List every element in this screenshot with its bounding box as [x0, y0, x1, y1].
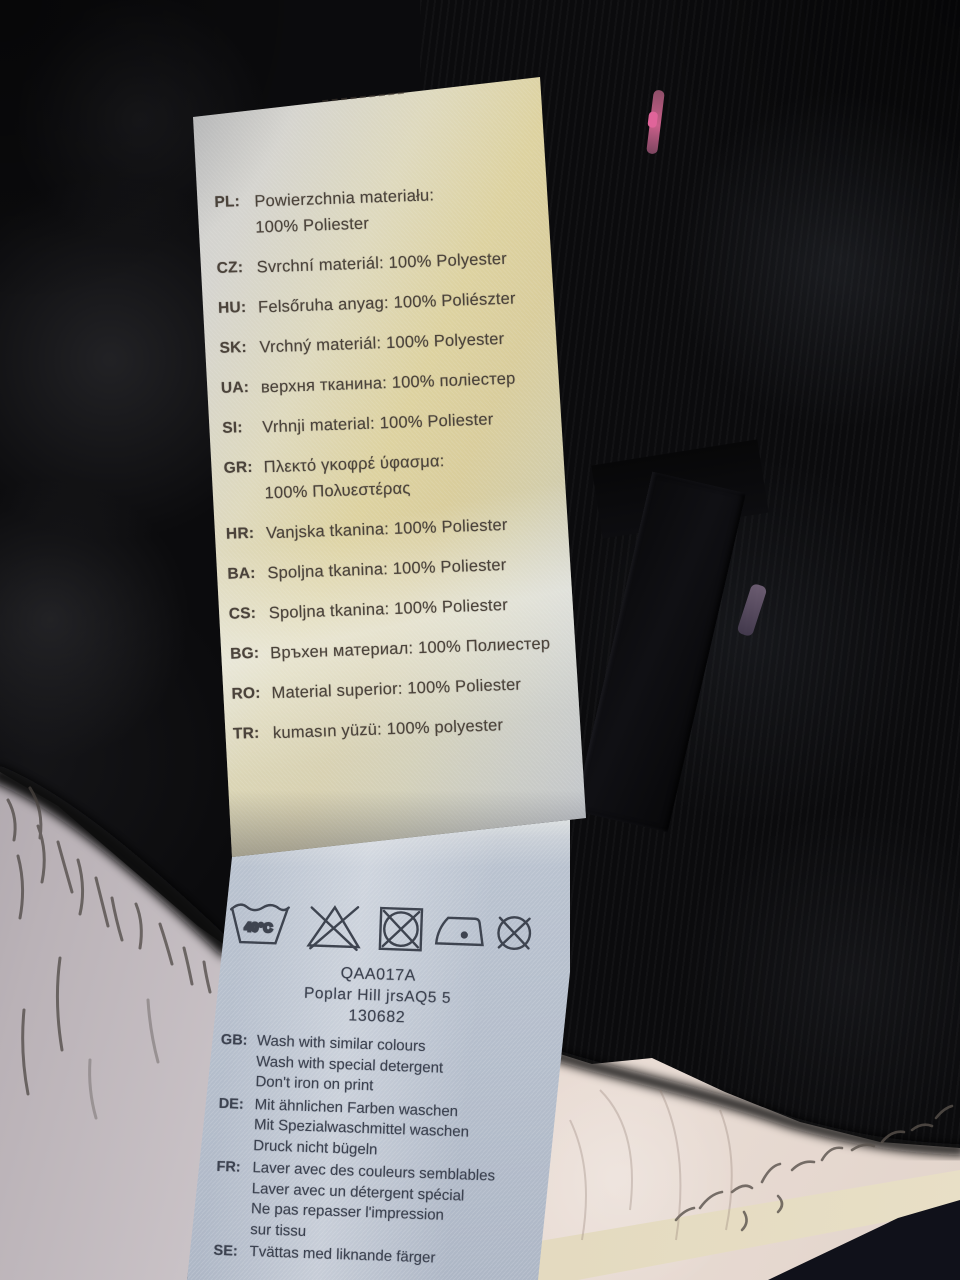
material-line: CZ: Svrchní materiál: 100% Polyester	[216, 244, 567, 282]
language-code: FR:	[214, 1157, 253, 1240]
language-code: BA:	[227, 560, 268, 587]
material-text: Връхен материал: 100% Полиестер	[270, 630, 581, 667]
language-code: GR:	[223, 454, 264, 481]
material-line: HU: Felsőruha anyag: 100% Poliészter	[218, 284, 569, 322]
language-code: GB:	[219, 1030, 257, 1093]
material-text: Material superior: 100% Poliester	[271, 669, 582, 706]
material-line: SI: Vrhnji material: 100% Poliester	[222, 404, 573, 442]
wash-temp-text: 40°C	[244, 920, 272, 935]
language-code: TR:	[233, 720, 274, 747]
material-line: BA: Spoljna tkanina: 100% Poliester	[227, 550, 578, 588]
material-text: Svrchní materiál: 100% Polyester	[256, 244, 567, 281]
do-not-tumble-dry-icon	[375, 900, 427, 958]
do-not-bleach-icon	[299, 898, 369, 956]
product-codes: QAA017A Poplar Hill jrsAQ5 5 130682	[222, 959, 534, 1033]
language-code: DE:	[217, 1093, 255, 1156]
language-code: UA:	[220, 374, 261, 401]
material-text: верхня тканина: 100% поліестер	[260, 364, 571, 401]
language-code: RO:	[231, 680, 272, 707]
care-instruction-de: DE: Mit ähnlichen Farben waschen Mit Spe…	[217, 1093, 529, 1165]
care-instruction-fr: FR: Laver avec des couleurs semblables L…	[214, 1157, 527, 1250]
material-line: HR: Vanjska tkanina: 100% Poliester	[226, 510, 577, 548]
purple-stitch-thread	[736, 583, 767, 637]
material-text: Vrchný materiál: 100% Polyester	[259, 324, 570, 361]
material-text: Spoljna tkanina: 100% Poliester	[267, 550, 578, 587]
language-code: PL:	[214, 189, 255, 216]
material-line: RO: Material superior: 100% Poliester	[231, 669, 582, 707]
material-line: UA: верхня тканина: 100% поліестер	[220, 364, 571, 402]
language-code: SK:	[219, 335, 260, 362]
material-line: SK: Vrchný materiál: 100% Polyester	[219, 324, 570, 362]
material-text: Spoljna tkanina: 100% Poliester	[268, 590, 579, 627]
language-code: SE:	[213, 1241, 250, 1263]
material-line: TR: kumasın yüzü: 100% polyester	[233, 709, 584, 747]
do-not-dry-clean-icon	[493, 904, 536, 961]
language-code: HU:	[218, 295, 259, 322]
material-line: CS: Spoljna tkanina: 100% Poliester	[228, 590, 579, 628]
iron-one-dot-icon	[433, 902, 487, 960]
care-instruction-gb: GB: Wash with similar colours Wash with …	[219, 1030, 531, 1102]
care-instructions-label: 40°C	[150, 800, 570, 1280]
material-line: BG: Връхен материал: 100% Полиестер	[230, 630, 581, 668]
material-text: kumasın yüzü: 100% polyester	[273, 709, 584, 746]
care-symbols-row: 40°C	[226, 895, 536, 962]
materials-label-text: PL: Powierzchnia materiału: 100% Poliest…	[214, 178, 584, 762]
care-label-text: 40°C	[213, 895, 536, 1274]
materials-label: PL: Powierzchnia materiału: 100% Poliest…	[160, 60, 630, 880]
material-text: Felsőruha anyag: 100% Poliészter	[258, 284, 569, 321]
language-code: HR:	[226, 520, 267, 547]
wash-40c-icon: 40°C	[226, 895, 293, 953]
pink-thread	[646, 90, 665, 155]
material-text: Vrhnji material: 100% Poliester	[262, 404, 573, 441]
language-code: CS:	[228, 600, 269, 627]
language-code: SI:	[222, 414, 263, 441]
language-code: CZ:	[216, 255, 257, 282]
material-text: Vanjska tkanina: 100% Poliester	[266, 510, 577, 547]
photo-garment-care-labels: 40°C	[0, 0, 960, 1280]
language-code: BG:	[230, 640, 271, 667]
